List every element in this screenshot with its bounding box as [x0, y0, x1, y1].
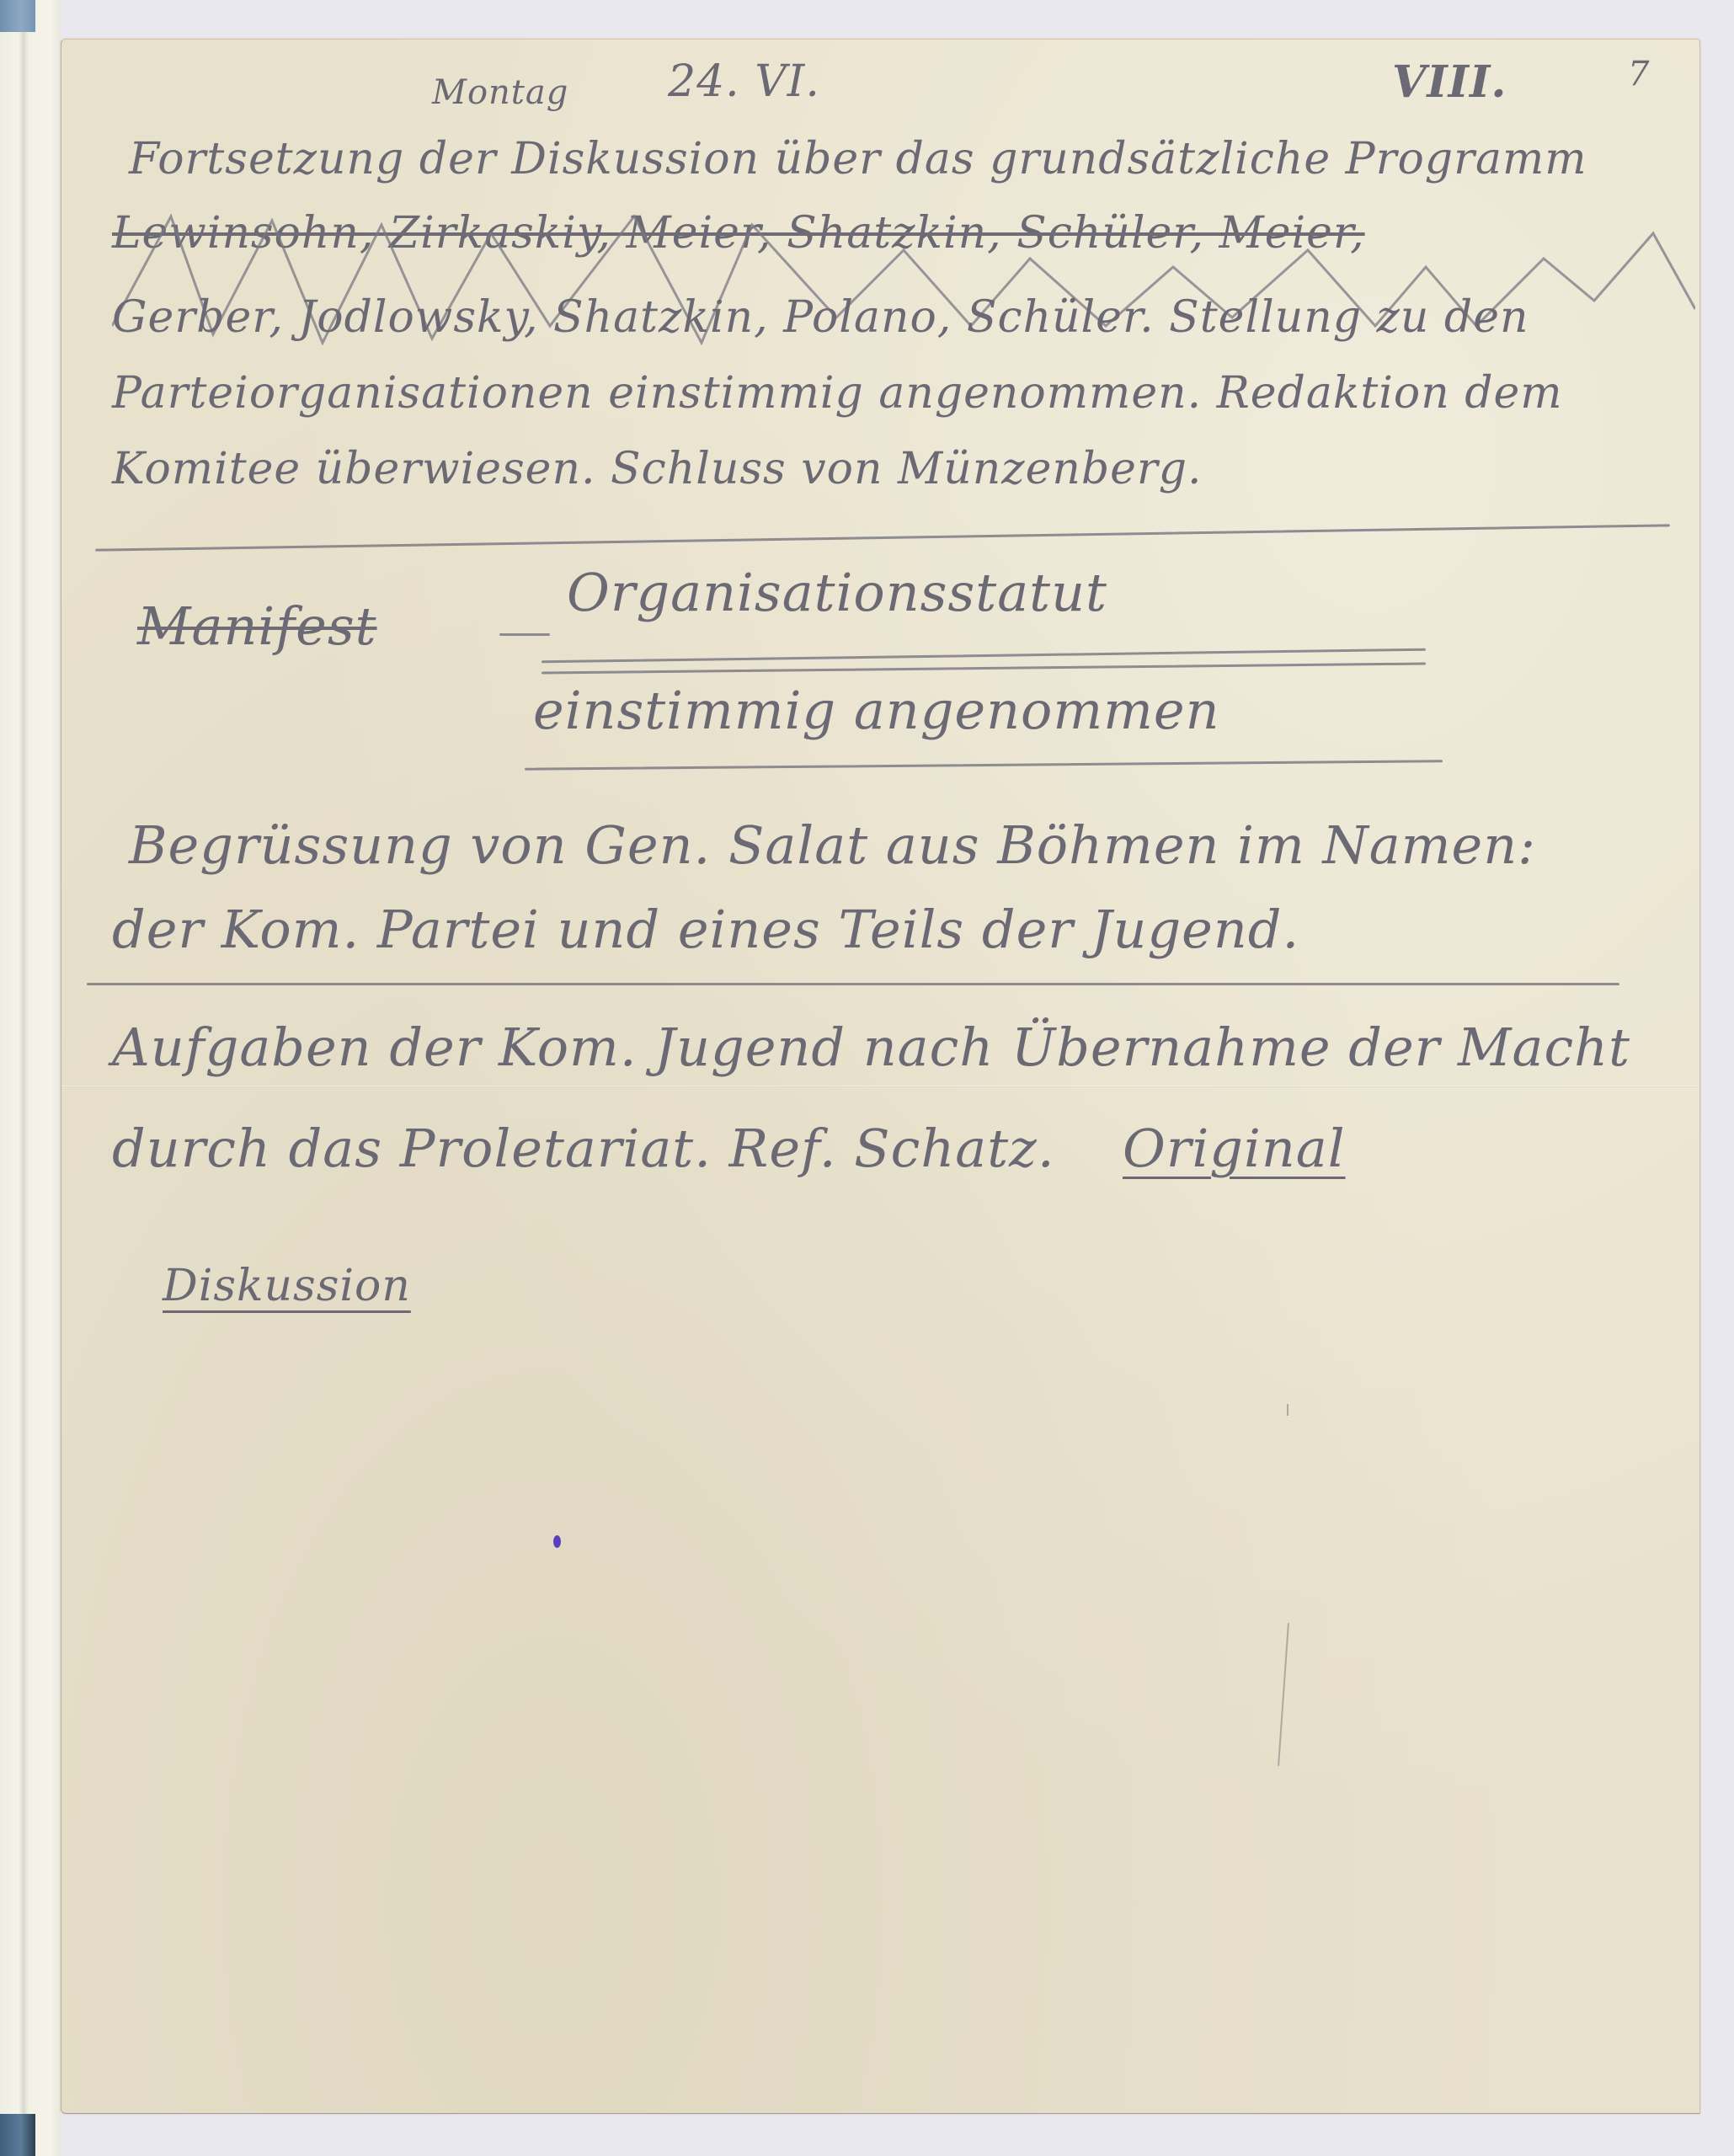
greeting-line-2: der Kom. Partei und eines Teils der Juge…: [112, 899, 1299, 960]
manuscript-page: Montag 24. VI. VIII. 7 Fortsetzung der D…: [61, 39, 1700, 2114]
agenda-line-1: Aufgaben der Kom. Jugend nach Übernahme …: [112, 1017, 1630, 1078]
agenda-line-2: durch das Proletariat. Ref. Schatz.: [112, 1118, 1055, 1179]
section-divider-2: [525, 760, 1443, 771]
statute-result: einstimmig angenommen: [533, 680, 1220, 741]
paper-fold-crease: [61, 1086, 1699, 1087]
body-line-1: Fortsetzung der Diskussion über das grun…: [129, 134, 1587, 184]
section-numeral: VIII.: [1392, 56, 1507, 108]
body-line-5: Komitee überwiesen. Schluss von Münzenbe…: [112, 444, 1203, 494]
header-day: Montag: [432, 73, 568, 112]
original-underlined: Original: [1123, 1118, 1346, 1179]
ink-dot: [553, 1535, 561, 1548]
page-number: 7: [1628, 55, 1650, 93]
greeting-line-1: Begrüssung von Gen. Salat aus Böhmen im …: [129, 814, 1536, 876]
header-date: 24. VI.: [668, 56, 820, 107]
stray-pencil-tick: [1287, 1404, 1288, 1416]
binding-cloth-top: [0, 0, 35, 32]
section-divider-1: [95, 524, 1670, 551]
binding-cloth-bottom: [0, 2114, 35, 2156]
book-binding-spine: [0, 0, 61, 2156]
body-line-4: Parteiorganisationen einstimmig angenomm…: [112, 368, 1563, 419]
body-line-3: Gerber, Jodlowsky, Shatzkin, Polano, Sch…: [112, 292, 1529, 343]
section-divider-3: [87, 983, 1619, 985]
discussion-heading: Diskussion: [163, 1261, 411, 1311]
statute-underline-1: [542, 648, 1426, 664]
dash: [499, 633, 550, 636]
statute-underline-2: [542, 663, 1426, 675]
stray-pencil-mark: [1278, 1623, 1289, 1766]
statute-title: Organisationsstatut: [567, 562, 1107, 623]
struck-manifest: Manifest: [137, 595, 377, 657]
